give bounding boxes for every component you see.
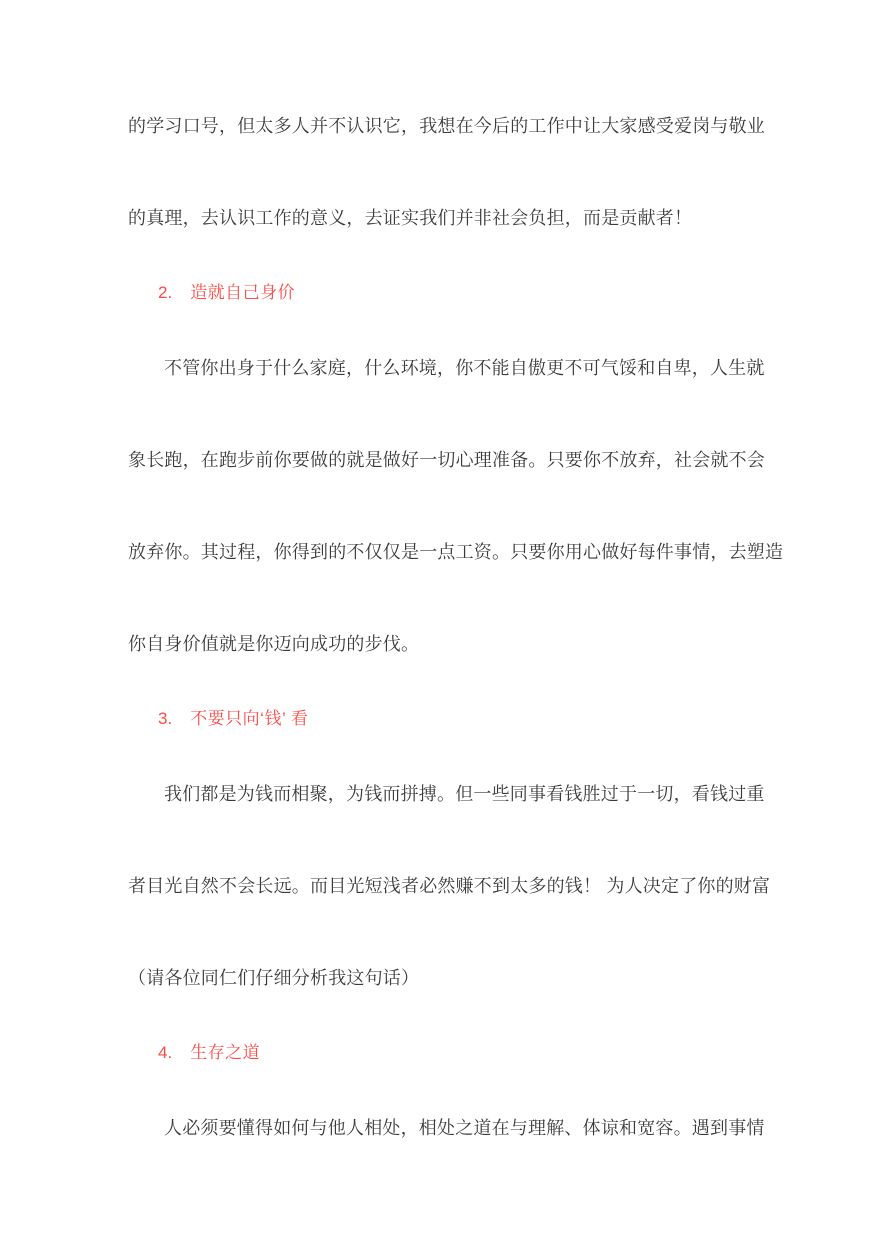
document-content: 的学习口号，但太多人并不认识它，我想在今后的工作中让大家感受爱岗与敬业的真理，去… <box>128 114 760 1140</box>
text-line: 象长跑，在跑步前你要做的就是做好一切心理准备。只要你不放弃，社会就不会 <box>128 448 760 472</box>
section-heading: 4.生存之道 <box>128 1041 760 1065</box>
section-heading: 3.不要只向‘钱’ 看 <box>128 707 760 731</box>
heading-title: 生存之道 <box>190 1043 260 1062</box>
text-line: 不管你出身于什么家庭，什么环境，你不能自傲更不可气馁和自卑，人生就 <box>128 356 760 380</box>
text-line: 的学习口号，但太多人并不认识它，我想在今后的工作中让大家感受爱岗与敬业 <box>128 114 760 138</box>
text-line: 人必须要懂得如何与他人相处，相处之道在与理解、体谅和宽容。遇到事情 <box>128 1116 760 1140</box>
document-page: 的学习口号，但太多人并不认识它，我想在今后的工作中让大家感受爱岗与敬业的真理，去… <box>0 0 884 1250</box>
heading-title: 造就自己身价 <box>190 283 295 302</box>
heading-number: 2. <box>158 281 172 305</box>
text-line: 者目光自然不会长远。而目光短浅者必然赚不到太多的钱！ 为人决定了你的财富 <box>128 874 760 898</box>
text-line: 的真理，去认识工作的意义，去证实我们并非社会负担，而是贡献者！ <box>128 206 760 230</box>
text-line: 我们都是为钱而相聚，为钱而拼搏。但一些同事看钱胜过于一切，看钱过重 <box>128 782 760 806</box>
text-line: （请各位同仁们仔细分析我这句话） <box>128 966 760 990</box>
section-heading: 2.造就自己身价 <box>128 281 760 305</box>
heading-number: 4. <box>158 1041 172 1065</box>
heading-number: 3. <box>158 707 172 731</box>
heading-title: 不要只向‘钱’ 看 <box>190 709 308 728</box>
text-line: 你自身价值就是你迈向成功的步伐。 <box>128 632 760 656</box>
text-line: 放弃你。其过程，你得到的不仅仅是一点工资。只要你用心做好每件事情，去塑造 <box>128 540 760 564</box>
